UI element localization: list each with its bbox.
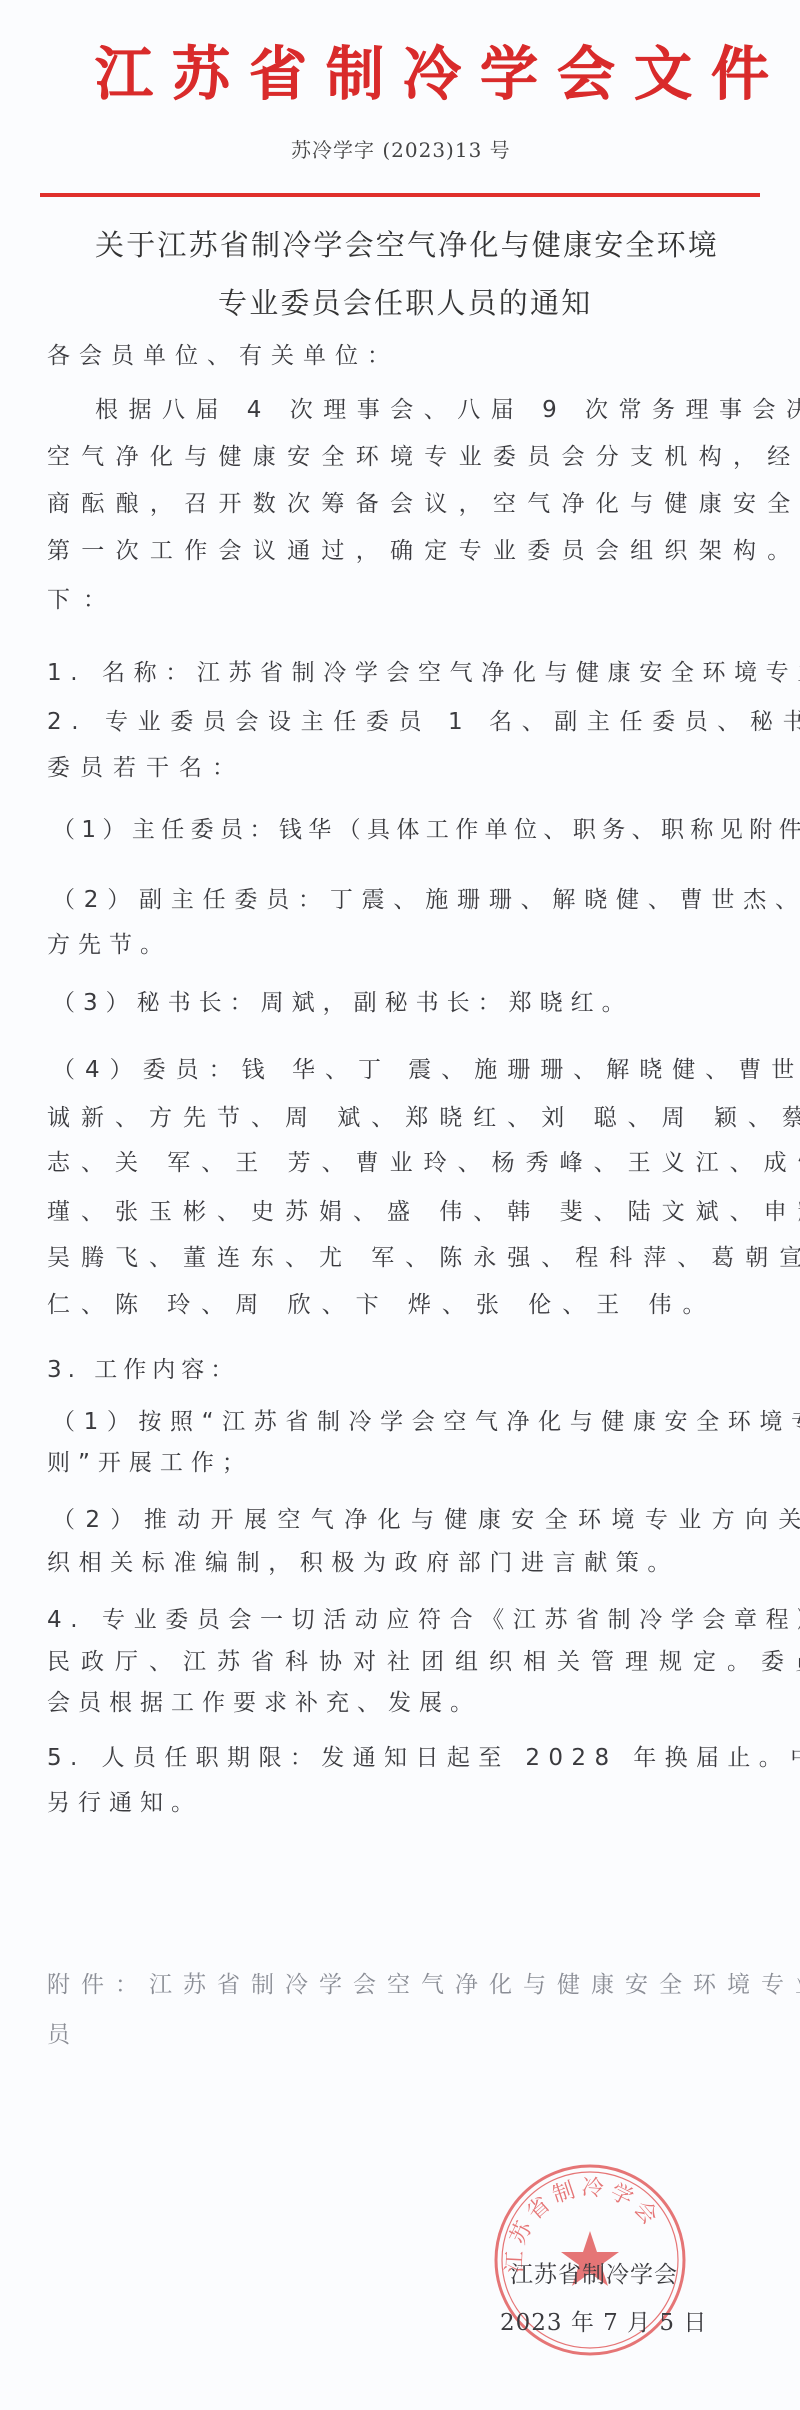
- members-line: 诚新、方先节、周 斌、郑晓红、刘 聪、周 颖、蔡 浩、李 斐、郜: [47, 1103, 800, 1133]
- signature-organization: 江苏省制冷学会: [510, 2260, 678, 2290]
- document-number: 苏冷学字 (2023)13 号: [291, 137, 511, 163]
- members-line: （4）委员：钱 华、丁 震、施珊珊、解晓健、曹世杰、陈 俊、顾: [52, 1055, 800, 1085]
- signature-date: 2023 年 7 月 5 日: [500, 2308, 707, 2338]
- intro-line: 第一次工作会议通过，确定专业委员会组织架构。具体内容通知如: [47, 536, 800, 566]
- intro-line: 根据八届 4 次理事会、八届 9 次常务理事会决议，学会成立: [95, 395, 800, 425]
- sub-item-secretary: （3）秘书长：周斌，副秘书长：郑晓红。: [52, 988, 633, 1018]
- item-4-line: 民政厅、江苏省科协对社团组织相关管理规定。委员会委员、团体: [47, 1647, 800, 1677]
- item-1-name: 1. 名称：江苏省制冷学会空气净化与健康安全环境专业委员会。: [47, 658, 800, 688]
- intro-line: 商酝酿，召开数次筹备会议，空气净化与健康安全环境专业委员会: [47, 489, 800, 519]
- item-3-title: 3. 工作内容：: [47, 1355, 239, 1385]
- item-5-line: 5. 人员任职期限：发通知日起至 2028 年换届止。中途有重大变更: [47, 1743, 800, 1773]
- item-4-line: 4. 专业委员会一切活动应符合《江苏省制冷学会章程》以及江苏省: [47, 1605, 800, 1635]
- item-4-line: 会员根据工作要求补充、发展。: [47, 1688, 481, 1718]
- item-2-line: 委员若干名：: [47, 753, 245, 783]
- item-2-line: 2. 专业委员会设主任委员 1 名、副主任委员、秘书长、副秘书长、: [47, 707, 800, 737]
- intro-line: 下：: [47, 585, 119, 615]
- item-3-sub-2-cont: 织相关标准编制，积极为政府部门进言献策。: [47, 1548, 679, 1578]
- item-3-sub-2: （2）推动开展空气净化与健康安全环境专业方向关键技术研究，组: [52, 1505, 800, 1535]
- notice-heading-line-1: 关于江苏省制冷学会空气净化与健康安全环境: [95, 227, 719, 263]
- sub-item-chair: （1）主任委员：钱华（具体工作单位、职务、职称见附件，下同）。: [52, 815, 800, 845]
- members-line: 志、关 军、王 芳、曹业玲、杨秀峰、王义江、成恒生、施 红、叶: [47, 1148, 800, 1178]
- sub-item-vice-chairs-cont: 方先节。: [47, 930, 171, 960]
- item-3-sub-1: （1）按照“江苏省制冷学会空气净化与健康安全环境专委会工作细: [52, 1407, 800, 1437]
- item-5-line: 另行通知。: [47, 1788, 202, 1818]
- notice-heading-line-2: 专业委员会任职人员的通知: [218, 285, 592, 321]
- red-header-rule: [40, 193, 760, 197]
- item-3-sub-1-cont: 则”开展工作；: [47, 1448, 253, 1478]
- masthead-title: 江苏省制冷学会文件: [95, 40, 788, 108]
- members-line: 瑾、张玉彬、史苏娟、盛 伟、韩 斐、陆文斌、申辉宇、吴小泉、: [47, 1197, 800, 1227]
- sub-item-vice-chairs: （2）副主任委员：丁震、施珊珊、解晓健、曹世杰、陈俊、顾诚新、: [52, 885, 800, 915]
- intro-line: 空气净化与健康安全环境专业委员会分支机构，经过与有关单位磋: [47, 442, 800, 472]
- salutation: 各会员单位、有关单位：: [47, 341, 399, 371]
- attachment-note: 附件：江苏省制冷学会空气净化与健康安全环境专业委员会任职人: [47, 1970, 800, 2000]
- members-line: 仁、陈 玲、周 欣、卞 烨、张 伦、王 伟。: [47, 1290, 717, 1320]
- members-line: 吴腾飞、董连东、尤 军、陈永强、程科萍、葛朝宣、刘 培、谢发: [47, 1243, 800, 1273]
- attachment-note-cont: 员: [47, 2020, 83, 2050]
